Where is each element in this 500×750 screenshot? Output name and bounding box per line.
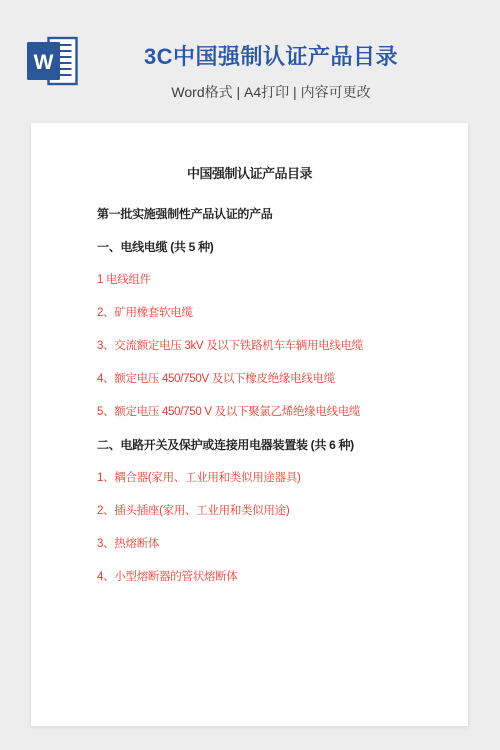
catalog-item: 5、额定电压 450/750 V 及以下聚氯乙烯绝缘电线电缆: [97, 406, 468, 418]
document-intro: 第一批实施强制性产品认证的产品: [97, 208, 468, 220]
document-title: 中国强制认证产品目录: [31, 167, 468, 180]
catalog-item: 4、额定电压 450/750V 及以下橡皮绝缘电线电缆: [97, 373, 468, 385]
section-2-heading: 二、电路开关及保护或连接用电器装置装 (共 6 种): [97, 439, 468, 451]
header-text: 3C中国强制认证产品目录 Word格式 | A4打印 | 内容可更改: [0, 0, 500, 102]
document-body: 第一批实施强制性产品认证的产品 一、电线电缆 (共 5 种) 1 电线组件 2、…: [97, 208, 468, 583]
catalog-item: 3、交流额定电压 3kV 及以下铁路机车车辆用电线电缆: [97, 340, 468, 352]
document-preview-page: 中国强制认证产品目录 第一批实施强制性产品认证的产品 一、电线电缆 (共 5 种…: [31, 123, 468, 726]
header: W 3C中国强制认证产品目录 Word格式 | A4打印 | 内容可更改: [0, 0, 500, 123]
catalog-item: 3、热熔断体: [97, 538, 468, 550]
catalog-item: 2、插头插座(家用、工业用和类似用途): [97, 505, 468, 517]
catalog-item: 1、耦合器(家用、工业用和类似用途器具): [97, 472, 468, 484]
page-subtitle: Word格式 | A4打印 | 内容可更改: [42, 82, 500, 102]
catalog-item: 4、小型熔断器的管状熔断体: [97, 571, 468, 583]
catalog-item: 2、矿用橡套软电缆: [97, 307, 468, 319]
catalog-item: 1 电线组件: [97, 274, 468, 286]
section-1-heading: 一、电线电缆 (共 5 种): [97, 241, 468, 253]
page-title: 3C中国强制认证产品目录: [42, 40, 500, 71]
